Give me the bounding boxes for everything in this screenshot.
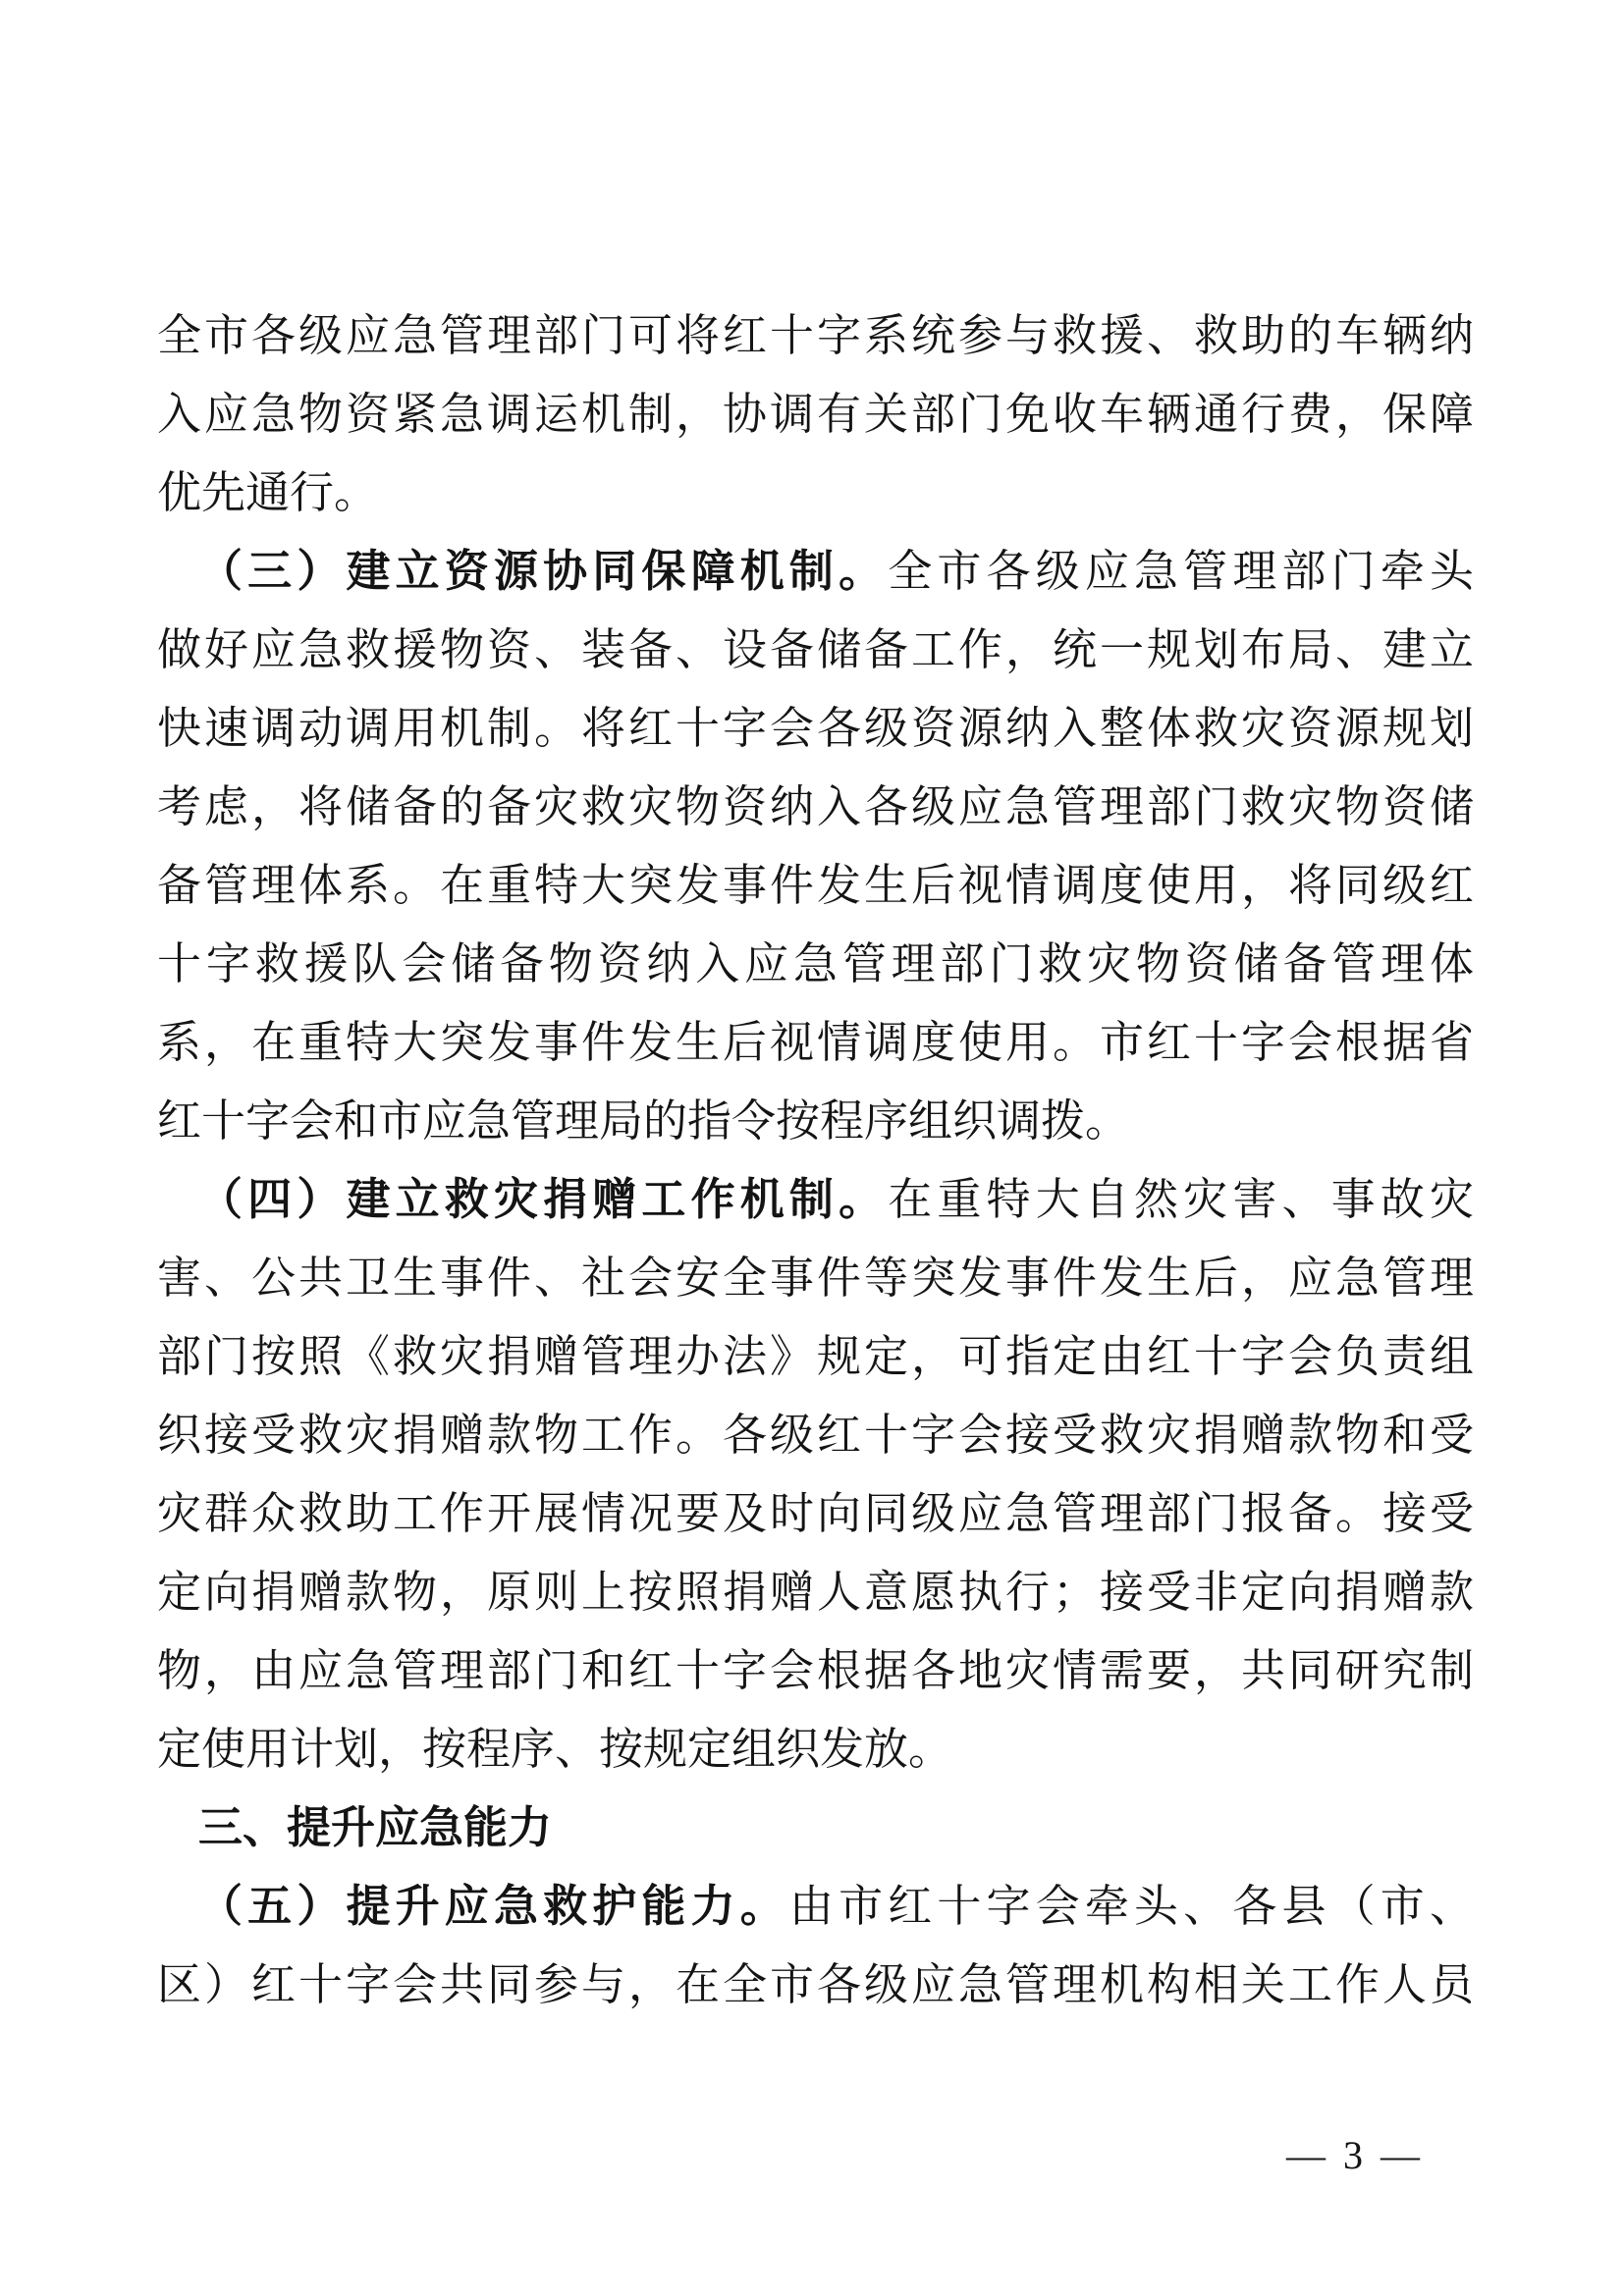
section-heading: 三、提升应急能力 xyxy=(157,1789,1474,1867)
line-text: 害、公共卫生事件、社会安全事件等突发事件发生后，应急管理 xyxy=(157,1254,1474,1303)
text-line: （五）提升应急救护能力。由市红十字会牵头、各县（市、 xyxy=(157,1867,1474,1946)
text-line: 物，由应急管理部门和红十字会根据各地灾情需要，共同研究制 xyxy=(157,1631,1474,1710)
line-text: 部门按照《救灾捐赠管理办法》规定，可指定由红十字会负责组 xyxy=(157,1332,1474,1381)
line-text: 做好应急救援物资、装备、设备储备工作，统一规划布局、建立 xyxy=(157,625,1474,674)
text-line: 考虑，将储备的备灾救灾物资纳入各级应急管理部门救灾物资储 xyxy=(157,768,1474,846)
text-line: 红十字会和市应急管理局的指令按程序组织调拨。 xyxy=(157,1082,1474,1160)
text-line: 快速调动调用机制。将红十字会各级资源纳入整体救灾资源规划 xyxy=(157,689,1474,768)
line-text: 灾群众救助工作开展情况要及时向同级应急管理部门报备。接受 xyxy=(157,1489,1474,1538)
line-text: 织接受救灾捐赠款物工作。各级红十字会接受救灾捐赠款物和受 xyxy=(157,1411,1474,1460)
text-line: 优先通行。 xyxy=(157,454,1474,532)
text-line: （四）建立救灾捐赠工作机制。在重特大自然灾害、事故灾 xyxy=(157,1160,1474,1239)
paragraph-title: （三）建立资源协同保障机制。 xyxy=(198,547,888,596)
page-number: — 3 — xyxy=(1262,2126,1448,2185)
line-text: 全市各级应急管理部门牵头 xyxy=(888,547,1474,596)
line-text: 入应急物资紧急调运机制，协调有关部门免收车辆通行费，保障 xyxy=(157,390,1474,439)
text-line: 十字救援队会储备物资纳入应急管理部门救灾物资储备管理体 xyxy=(157,925,1474,1003)
line-text: 快速调动调用机制。将红十字会各级资源纳入整体救灾资源规划 xyxy=(157,704,1474,753)
text-line: 备管理体系。在重特大突发事件发生后视情调度使用，将同级红 xyxy=(157,846,1474,925)
line-text: 区）红十字会共同参与，在全市各级应急管理机构相关工作人员 xyxy=(157,1960,1474,2009)
line-text: 定向捐赠款物，原则上按照捐赠人意愿执行；接受非定向捐赠款 xyxy=(157,1568,1474,1617)
line-text: 由市红十字会牵头、各县（市、 xyxy=(789,1882,1474,1931)
text-line: 害、公共卫生事件、社会安全事件等突发事件发生后，应急管理 xyxy=(157,1239,1474,1317)
line-text: 物，由应急管理部门和红十字会根据各地灾情需要，共同研究制 xyxy=(157,1646,1474,1695)
text-line: （三）建立资源协同保障机制。全市各级应急管理部门牵头 xyxy=(157,532,1474,611)
line-text: 红十字会和市应急管理局的指令按程序组织调拨。 xyxy=(157,1096,1129,1146)
text-line: 做好应急救援物资、装备、设备储备工作，统一规划布局、建立 xyxy=(157,611,1474,689)
text-line: 灾群众救助工作开展情况要及时向同级应急管理部门报备。接受 xyxy=(157,1474,1474,1553)
line-text: 优先通行。 xyxy=(157,468,378,517)
line-text: 在重特大自然灾害、事故灾 xyxy=(888,1175,1474,1224)
text-line: 区）红十字会共同参与，在全市各级应急管理机构相关工作人员 xyxy=(157,1946,1474,2024)
line-text: 系，在重特大突发事件发生后视情调度使用。市红十字会根据省 xyxy=(157,1018,1474,1067)
line-text: 考虑，将储备的备灾救灾物资纳入各级应急管理部门救灾物资储 xyxy=(157,782,1474,831)
heading-text: 三、提升应急能力 xyxy=(198,1802,552,1852)
text-line: 织接受救灾捐赠款物工作。各级红十字会接受救灾捐赠款物和受 xyxy=(157,1396,1474,1474)
line-text: 定使用计划，按程序、按规定组织发放。 xyxy=(157,1725,952,1774)
text-line: 部门按照《救灾捐赠管理办法》规定，可指定由红十字会负责组 xyxy=(157,1317,1474,1396)
text-line: 定使用计划，按程序、按规定组织发放。 xyxy=(157,1710,1474,1789)
text-line: 系，在重特大突发事件发生后视情调度使用。市红十字会根据省 xyxy=(157,1003,1474,1082)
paragraph-title: （五）提升应急救护能力。 xyxy=(198,1882,789,1931)
line-text: 备管理体系。在重特大突发事件发生后视情调度使用，将同级红 xyxy=(157,861,1474,910)
document-body: 全市各级应急管理部门可将红十字系统参与救援、救助的车辆纳 入应急物资紧急调运机制… xyxy=(157,296,1474,2024)
text-line: 全市各级应急管理部门可将红十字系统参与救援、救助的车辆纳 xyxy=(157,296,1474,375)
line-text: 十字救援队会储备物资纳入应急管理部门救灾物资储备管理体 xyxy=(157,939,1474,988)
text-line: 定向捐赠款物，原则上按照捐赠人意愿执行；接受非定向捐赠款 xyxy=(157,1553,1474,1631)
document-page: 全市各级应急管理部门可将红十字系统参与救援、救助的车辆纳 入应急物资紧急调运机制… xyxy=(0,0,1624,2296)
line-text: 全市各级应急管理部门可将红十字系统参与救援、救助的车辆纳 xyxy=(157,311,1474,360)
text-line: 入应急物资紧急调运机制，协调有关部门免收车辆通行费，保障 xyxy=(157,375,1474,454)
paragraph-title: （四）建立救灾捐赠工作机制。 xyxy=(198,1175,888,1224)
